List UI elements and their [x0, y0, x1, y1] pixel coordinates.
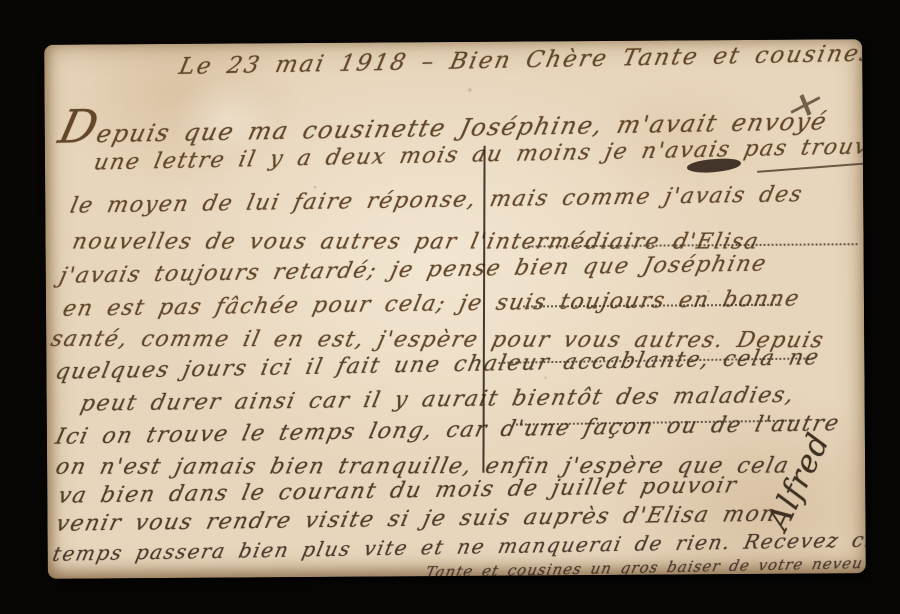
- strikethrough-mark: [757, 160, 866, 173]
- postcard-date-greeting: Le 23 mai 1918 – Bien Chère Tante et cou…: [177, 41, 866, 80]
- handwritten-line: nouvelles de vous autres par l'intermédi…: [70, 230, 762, 255]
- handwritten-line: j'avais toujours retardé; je pense bien …: [57, 251, 770, 288]
- handwritten-line: peut durer ainsi car il y aurait bientôt…: [78, 383, 797, 417]
- photo-background: Le 23 mai 1918 – Bien Chère Tante et cou…: [0, 0, 900, 614]
- handwritten-line: le moyen de lui faire réponse, mais comm…: [68, 182, 806, 219]
- signature-vertical: Alfred: [760, 427, 837, 535]
- postcard: Le 23 mai 1918 – Bien Chère Tante et cou…: [44, 39, 866, 579]
- handwritten-line: Ici on trouve le temps long, car d'une f…: [53, 411, 843, 450]
